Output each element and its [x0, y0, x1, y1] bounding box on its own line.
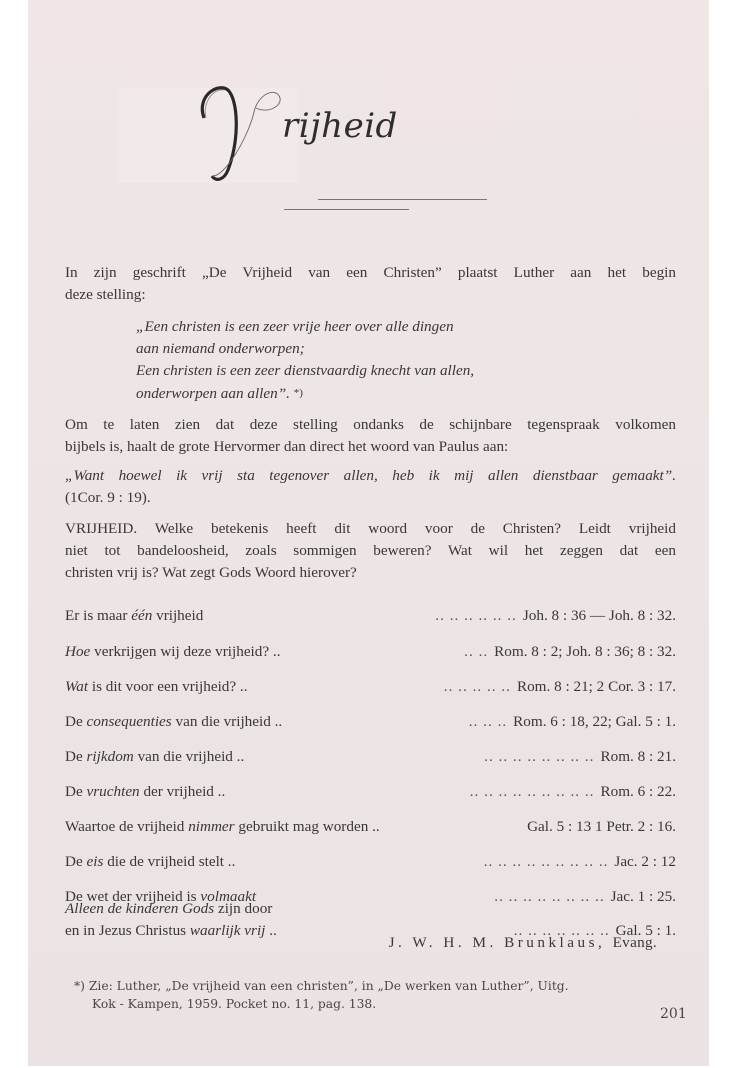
paulus-quote: „Want hoewel ik vrij sta tegenover allen… [65, 465, 676, 487]
closing-line-1: Alleen de kinderen Gods zijn door [65, 898, 272, 920]
paulus-reference: (1Cor. 9 : 19). [65, 487, 151, 509]
leader-dots [380, 816, 527, 838]
leader-dots: .. .. .. .. .. .. .. .. [256, 886, 611, 908]
index-label: De vruchten der vrijheid .. [65, 781, 225, 803]
closing-label: en in Jezus Christus waarlijk vrij .. [65, 920, 277, 942]
leader-dots: .. .. .. .. .. .. .. .. .. [235, 851, 614, 873]
decorative-initial-v-icon [198, 78, 288, 188]
index-row: Hoe verkrijgen wij deze vrijheid? .. .. … [65, 641, 676, 663]
leader-dots: .. .. .. .. .. .. [203, 605, 523, 627]
index-row: De rijkdom van die vrijheid .. .. .. .. … [65, 746, 676, 768]
leader-dots: .. .. .. .. .. .. .. .. [244, 746, 600, 768]
bible-reference: Jac. 2 : 12 [614, 851, 676, 873]
footnote-marker: *) [294, 387, 303, 399]
quote-line-4: onderworpen aan allen”. *) [136, 382, 303, 405]
index-label: Wat is dit voor een vrijheid? .. [65, 676, 248, 698]
title-divider-lower [284, 209, 409, 210]
quote-line-2: aan niemand onderworpen; [136, 338, 305, 360]
index-row: Wat is dit voor een vrijheid? .. .. .. .… [65, 676, 676, 698]
index-label: De consequenties van die vrijheid .. [65, 711, 282, 733]
index-label: Er is maar één vrijheid [65, 605, 203, 627]
index-row: Waartoe de vrijheid nimmer gebruikt mag … [65, 816, 676, 838]
author-title: Evang. [613, 934, 657, 951]
quote-line-1: „Een christen is een zeer vrije heer ove… [136, 316, 454, 338]
paragraph-2-line-2: bijbels is, haalt de grote Hervormer dan… [65, 436, 508, 458]
page-number: 201 [660, 1006, 687, 1022]
author-signature: J. W. H. M. Brunklaus, Evang. [389, 934, 657, 952]
page-title: rijheid [198, 78, 458, 188]
quote-line-3: Een christen is een zeer dienstvaardig k… [136, 360, 474, 382]
index-label: De rijkdom van die vrijheid .. [65, 746, 244, 768]
bible-reference: Jac. 1 : 25. [611, 886, 676, 908]
bible-reference: Joh. 8 : 36 — Joh. 8 : 32. [523, 605, 676, 627]
index-label: Waartoe de vrijheid nimmer gebruikt mag … [65, 816, 380, 838]
index-label: Hoe verkrijgen wij deze vrijheid? .. [65, 641, 281, 663]
footnote-line-1: *) Zie: Luther, „De vrijheid van een chr… [74, 977, 569, 995]
bible-reference: Rom. 8 : 2; Joh. 8 : 36; 8 : 32. [494, 641, 676, 663]
intro-line-1: In zijn geschrift „De Vrijheid van een C… [65, 262, 676, 284]
author-name: J. W. H. M. Brunklaus, [389, 934, 606, 951]
index-row: De consequenties van die vrijheid .. .. … [65, 711, 676, 733]
title-divider-upper [318, 199, 487, 200]
footnote-line-2: Kok - Kampen, 1959. Pocket no. 11, pag. … [92, 995, 376, 1013]
bible-reference: Rom. 6 : 22. [600, 781, 676, 803]
bible-reference: Rom. 8 : 21; 2 Cor. 3 : 17. [517, 676, 676, 698]
bible-reference: Rom. 6 : 18, 22; Gal. 5 : 1. [513, 711, 676, 733]
quote-line-4-text: onderworpen aan allen”. [136, 385, 290, 402]
paragraph-2-line-1: Om te laten zien dat deze stelling ondan… [65, 414, 676, 436]
index-label: De eis die de vrijheid stelt .. [65, 851, 235, 873]
paragraph-3-line-2: niet tot bandeloosheid, zoals sommigen b… [65, 540, 676, 562]
bible-reference: Gal. 5 : 13 1 Petr. 2 : 16. [527, 816, 676, 838]
leader-dots: .. .. .. .. .. .. .. .. .. [225, 781, 600, 803]
index-row: Er is maar één vrijheid .. .. .. .. .. .… [65, 605, 676, 627]
leader-dots: .. .. .. [282, 711, 513, 733]
leader-dots: .. .. .. .. .. [248, 676, 517, 698]
paragraph-3-line-1: VRIJHEID. Welke betekenis heeft dit woor… [65, 518, 676, 540]
paragraph-3-line-3: christen vrij is? Wat zegt Gods Woord hi… [65, 562, 357, 584]
index-row: De eis die de vrijheid stelt .. .. .. ..… [65, 851, 676, 873]
leader-dots: .. .. [281, 641, 495, 663]
intro-line-2: deze stelling: [65, 284, 146, 306]
bible-reference: Rom. 8 : 21. [600, 746, 676, 768]
book-page: rijheid In zijn geschrift „De Vrijheid v… [28, 0, 709, 1066]
title-text: rijheid [282, 106, 398, 146]
index-row: De vruchten der vrijheid .. .. .. .. .. … [65, 781, 676, 803]
